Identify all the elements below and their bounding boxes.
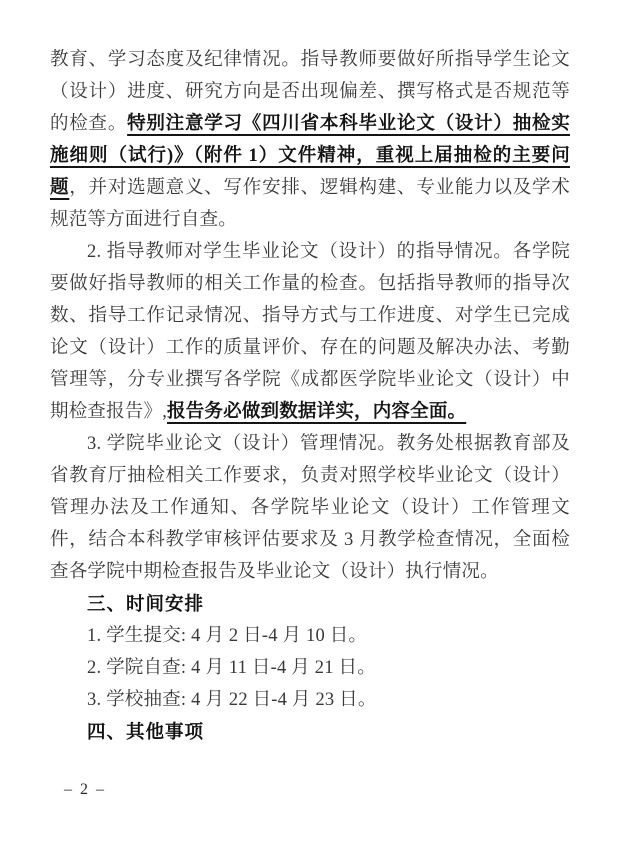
section-heading-3: 三、时间安排 — [50, 588, 570, 620]
page-number: – 2 – — [64, 780, 106, 800]
paragraph-item-2-text: 2. 指导教师对学生毕业论文（设计）的指导情况。各学院要做好指导教师的相关工作量… — [50, 242, 570, 422]
paragraph-continuation-text-after: ，并对选题意义、写作安排、逻辑构建、专业能力以及学术规范等方面进行自查。 — [50, 178, 570, 230]
paragraph-continuation: 教育、学习态度及纪律情况。指导教师要做好所指导学生论文（设计）进度、研究方向是否… — [50, 44, 570, 236]
document-body: 教育、学习态度及纪律情况。指导教师要做好所指导学生论文（设计）进度、研究方向是否… — [50, 44, 570, 748]
paragraph-item-2: 2. 指导教师对学生毕业论文（设计）的指导情况。各学院要做好指导教师的相关工作量… — [50, 236, 570, 428]
paragraph-item-3: 3. 学院毕业论文（设计）管理情况。教务处根据教育部及省教育厅抽检相关工作要求，… — [50, 428, 570, 588]
section-heading-4: 四、其他事项 — [50, 716, 570, 748]
paragraph-item-2-emphasis: 报告务必做到数据详实，内容全面。 — [167, 402, 466, 422]
document-page: 教育、学习态度及纪律情况。指导教师要做好所指导学生论文（设计）进度、研究方向是否… — [0, 0, 619, 856]
schedule-item-2: 2. 学院自查: 4 月 11 日-4 月 21 日。 — [50, 652, 570, 684]
paragraph-item-3-text: 3. 学院毕业论文（设计）管理情况。教务处根据教育部及省教育厅抽检相关工作要求，… — [50, 434, 570, 582]
schedule-item-1: 1. 学生提交: 4 月 2 日-4 月 10 日。 — [50, 620, 570, 652]
schedule-item-3: 3. 学校抽查: 4 月 22 日-4 月 23 日。 — [50, 684, 570, 716]
